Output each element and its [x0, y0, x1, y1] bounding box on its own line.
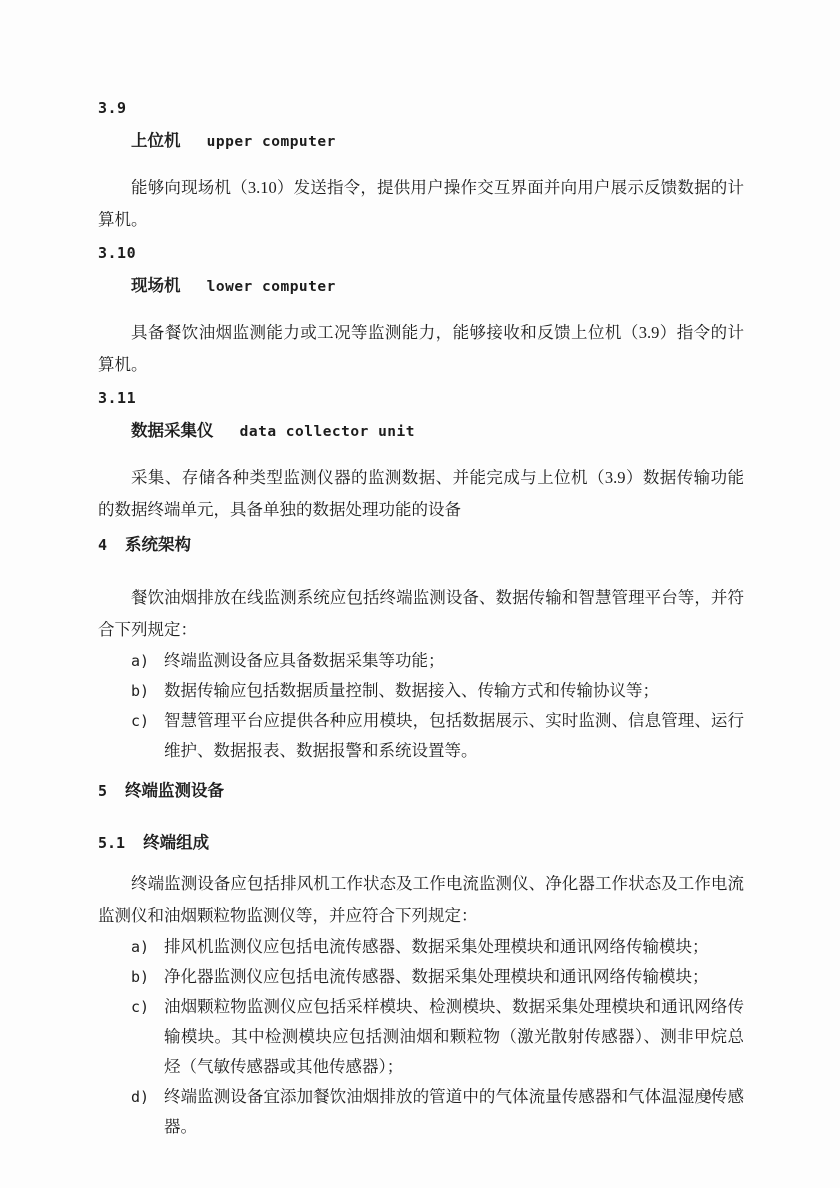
section-title: 系统架构 — [125, 536, 191, 554]
clause-number: 3.9 — [98, 97, 744, 119]
list-item-label: c) — [131, 706, 164, 736]
section-4: 4系统架构 餐饮油烟排放在线监测系统应包括终端监测设备、数据传输和智慧管理平台等… — [98, 534, 744, 766]
term-chinese: 上位机 — [131, 132, 181, 150]
term-line: 上位机 upper computer — [98, 130, 744, 153]
section-heading: 5终端监测设备 — [98, 780, 744, 802]
clause-3-9: 3.9 上位机 upper computer 能够向现场机（3.10）发送指令，… — [98, 97, 744, 236]
term-chinese: 现场机 — [131, 277, 181, 295]
clause-number: 3.10 — [98, 242, 744, 264]
section-number: 4 — [98, 536, 107, 554]
list-item: d) 终端监测设备宜添加餐饮油烟排放的管道中的气体流量传感器和气体温湿度传感器。 — [98, 1082, 744, 1142]
section-heading: 4系统架构 — [98, 534, 744, 556]
list-item-text: 油烟颗粒物监测仪应包括采样模块、检测模块、数据采集处理模块和通讯网络传输模块。其… — [164, 992, 744, 1082]
requirement-list: a) 终端监测设备应具备数据采集等功能； b) 数据传输应包括数据质量控制、数据… — [98, 646, 744, 766]
list-item: c) 油烟颗粒物监测仪应包括采样模块、检测模块、数据采集处理模块和通讯网络传输模… — [98, 992, 744, 1082]
term-line: 数据采集仪 data collector unit — [98, 420, 744, 443]
term-definition: 能够向现场机（3.10）发送指令，提供用户操作交互界面并向用户展示反馈数据的计算… — [98, 172, 744, 236]
list-item-label: b) — [131, 962, 164, 992]
term-english: data collector unit — [240, 424, 415, 440]
list-item-text: 数据传输应包括数据质量控制、数据接入、传输方式和传输协议等； — [164, 676, 744, 706]
list-item-label: c) — [131, 992, 164, 1022]
term-english: lower computer — [207, 279, 336, 295]
page-number: ·3· — [697, 1089, 722, 1105]
document-page: 3.9 上位机 upper computer 能够向现场机（3.10）发送指令，… — [0, 0, 840, 1188]
list-item: a) 排风机监测仪应包括电流传感器、数据采集处理模块和通讯网络传输模块； — [98, 932, 744, 962]
requirement-list: a) 排风机监测仪应包括电流传感器、数据采集处理模块和通讯网络传输模块； b) … — [98, 932, 744, 1142]
list-item-text: 终端监测设备应具备数据采集等功能； — [164, 646, 744, 676]
term-line: 现场机 lower computer — [98, 275, 744, 298]
clause-3-10: 3.10 现场机 lower computer 具备餐饮油烟监测能力或工况等监测… — [98, 242, 744, 381]
list-item-text: 净化器监测仪应包括电流传感器、数据采集处理模块和通讯网络传输模块； — [164, 962, 744, 992]
term-definition: 具备餐饮油烟监测能力或工况等监测能力，能够接收和反馈上位机（3.9）指令的计算机… — [98, 317, 744, 381]
section-number: 5 — [98, 782, 107, 800]
list-item-label: a) — [131, 932, 164, 962]
list-item-label: d) — [131, 1082, 164, 1112]
list-item: b) 净化器监测仪应包括电流传感器、数据采集处理模块和通讯网络传输模块； — [98, 962, 744, 992]
list-item: b) 数据传输应包括数据质量控制、数据接入、传输方式和传输协议等； — [98, 676, 744, 706]
term-english: upper computer — [207, 134, 336, 150]
section-title: 终端监测设备 — [125, 782, 224, 800]
list-item-text: 终端监测设备宜添加餐饮油烟排放的管道中的气体流量传感器和气体温湿度传感器。 — [164, 1082, 744, 1142]
list-item: a) 终端监测设备应具备数据采集等功能； — [98, 646, 744, 676]
list-item-text: 排风机监测仪应包括电流传感器、数据采集处理模块和通讯网络传输模块； — [164, 932, 744, 962]
list-item-label: a) — [131, 646, 164, 676]
section-intro: 餐饮油烟排放在线监测系统应包括终端监测设备、数据传输和智慧管理平台等，并符合下列… — [98, 582, 744, 646]
list-item-label: b) — [131, 676, 164, 706]
term-definition: 采集、存储各种类型监测仪器的监测数据、并能完成与上位机（3.9）数据传输功能的数… — [98, 462, 744, 526]
subsection-title: 终端组成 — [143, 834, 209, 852]
subsection-heading: 5.1终端组成 — [98, 832, 744, 854]
subsection-intro: 终端监测设备应包括排风机工作状态及工作电流监测仪、净化器工作状态及工作电流监测仪… — [98, 868, 744, 932]
clause-number: 3.11 — [98, 387, 744, 409]
section-5: 5终端监测设备 5.1终端组成 终端监测设备应包括排风机工作状态及工作电流监测仪… — [98, 780, 744, 1142]
list-item-text: 智慧管理平台应提供各种应用模块，包括数据展示、实时监测、信息管理、运行维护、数据… — [164, 706, 744, 766]
term-chinese: 数据采集仪 — [131, 422, 214, 440]
list-item: c) 智慧管理平台应提供各种应用模块，包括数据展示、实时监测、信息管理、运行维护… — [98, 706, 744, 766]
clause-3-11: 3.11 数据采集仪 data collector unit 采集、存储各种类型… — [98, 387, 744, 526]
subsection-number: 5.1 — [98, 834, 125, 852]
